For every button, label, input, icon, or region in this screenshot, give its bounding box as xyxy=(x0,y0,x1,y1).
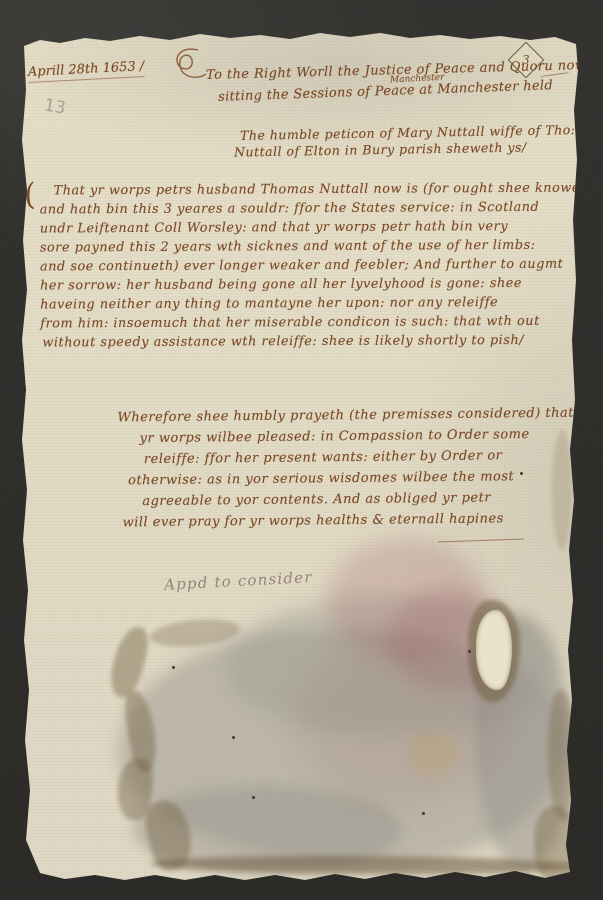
closing-underline xyxy=(438,538,524,542)
paper-hole-rim xyxy=(468,600,520,702)
ink-speck xyxy=(172,666,175,669)
water-stain-right xyxy=(475,615,571,867)
ink-speck xyxy=(232,736,235,739)
body-line: without speedy assistance wth releiffe: … xyxy=(42,333,593,355)
petition-body: That yr worps petrs husband Thomas Nutta… xyxy=(40,181,594,355)
tan-spot xyxy=(408,730,458,776)
petition-prayer: Wherefore shee humbly prayeth (the premi… xyxy=(117,406,575,537)
torn-edge-discoloration xyxy=(548,690,574,820)
stain-tideline xyxy=(140,796,198,874)
ink-speck xyxy=(468,650,471,653)
stain-tideline xyxy=(114,756,155,822)
paragraph-bracket-flourish: ( xyxy=(20,177,39,214)
red-wine-stain xyxy=(328,538,484,660)
prayer-line: will ever pray for yr worps healths & et… xyxy=(122,511,575,537)
paper-hole xyxy=(476,610,512,690)
pencil-mark-left: 31 xyxy=(3,103,24,123)
photographed-manuscript: Aprill 28th 1653 / 31 13 3 To the Right … xyxy=(0,0,603,900)
water-stain-lower xyxy=(132,786,402,874)
bottom-tideline xyxy=(150,854,580,875)
ink-speck xyxy=(252,796,255,799)
pencil-mark-right: 13 xyxy=(43,95,68,118)
red-stain-halo xyxy=(296,636,506,806)
address-line-2: sitting the Sessions of Peace at Manches… xyxy=(218,78,553,105)
stain-tideline xyxy=(149,615,241,650)
date-annotation: Aprill 28th 1653 / xyxy=(28,59,145,83)
stain-tideline xyxy=(106,623,153,700)
torn-edge-discoloration xyxy=(534,806,578,884)
water-stain-upper xyxy=(225,596,555,736)
water-stain-large xyxy=(118,628,570,866)
red-wine-stain-2 xyxy=(388,588,514,692)
ink-speck xyxy=(422,812,425,815)
stain-tideline xyxy=(122,688,161,773)
subheading-line-2: Nuttall of Elton in Bury parish sheweth … xyxy=(234,139,527,159)
docket-note: Appd to consider xyxy=(164,568,313,594)
manuscript-paper-sheet: Aprill 28th 1653 / 31 13 3 To the Right … xyxy=(0,0,603,900)
